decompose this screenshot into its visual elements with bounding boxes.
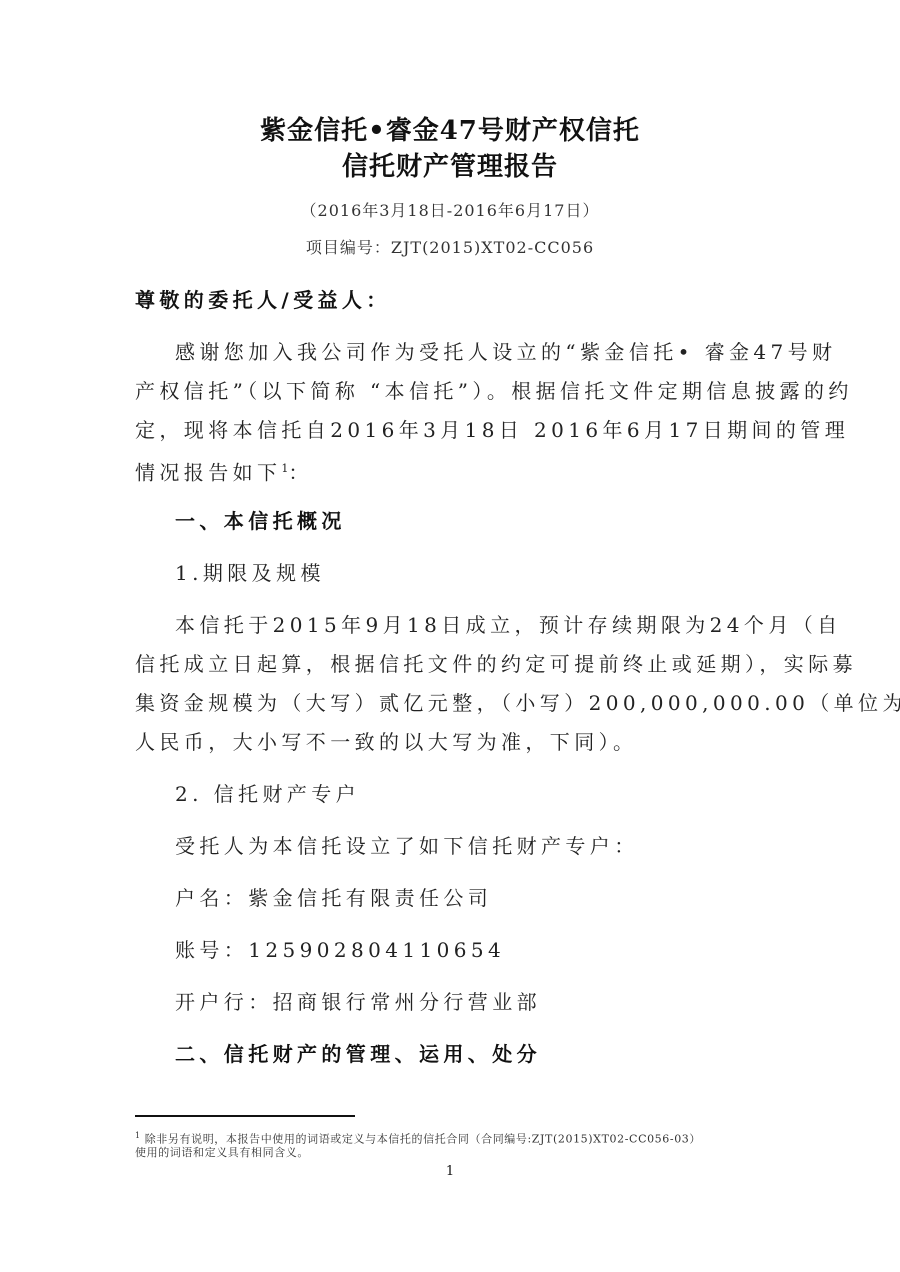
term-line-1: 本信托于2015年9月18日成立，预计存续期限为24个月（自 <box>175 612 765 638</box>
report-period: （2016年3月18日-2016年6月17日） <box>0 198 900 221</box>
term-line-3: 集资金规模为（大写）贰亿元整，（小写）200,000,000.00（单位为 <box>135 690 765 716</box>
intro-line-1: 感谢您加入我公司作为受托人设立的“紫金信托• 睿金47号财 <box>175 339 765 365</box>
account-name-value: 紫金信托有限责任公司 <box>248 886 492 910</box>
intro-line-2: 产权信托”（以下简称 “本信托”）。根据信托文件定期信息披露的约 <box>135 378 765 404</box>
account-number-row: 账号：125902804110654 <box>175 937 765 963</box>
footnote-mark: 1 <box>135 1131 141 1140</box>
term-line-2: 信托成立日起算，根据信托文件的约定可提前终止或延期），实际募 <box>135 651 765 677</box>
account-name-row: 户名：紫金信托有限责任公司 <box>175 885 765 911</box>
intro-line-4-text: 情况报告如下 <box>135 461 281 485</box>
account-intro: 受托人为本信托设立了如下信托财产专户： <box>175 833 765 859</box>
term-line-4: 人民币，大小写不一致的以大写为准，下同）。 <box>135 729 765 755</box>
footnote-line-2: 使用的词语和定义具有相同含义。 <box>135 1145 775 1161</box>
footnote-text-1: 除非另有说明，本报告中使用的词语或定义与本信托的信托合同（合同编号:ZJT(20… <box>145 1133 701 1146</box>
intro-line-3: 定，现将本信托自2016年3月18日 2016年6月17日期间的管理 <box>135 417 765 443</box>
bank-value: 招商银行常州分行营业部 <box>273 990 541 1014</box>
document-title-line2: 信托财产管理报告 <box>0 146 900 183</box>
project-code: 项目编号：ZJT(2015)XT02-CC056 <box>0 235 900 258</box>
section-1-2-heading: 2. 信托财产专户 <box>175 781 765 807</box>
intro-line-4-tail: ： <box>288 461 312 485</box>
document-page: 紫金信托•睿金47号财产权信托 信托财产管理报告 （2016年3月18日-201… <box>0 0 900 1272</box>
bank-row: 开户行：招商银行常州分行营业部 <box>175 989 765 1015</box>
document-title-line1: 紫金信托•睿金47号财产权信托 <box>0 110 900 147</box>
salutation: 尊敬的委托人/受益人： <box>135 287 765 313</box>
account-name-label: 户名： <box>175 886 248 910</box>
bank-label: 开户行： <box>175 990 273 1014</box>
account-number-label: 账号： <box>175 938 248 962</box>
footnote-separator <box>135 1115 355 1117</box>
section-1-1-heading: 1.期限及规模 <box>175 560 765 586</box>
section-1-heading: 一、本信托概况 <box>175 508 765 534</box>
account-number-value: 125902804110654 <box>248 938 505 962</box>
section-2-heading: 二、信托财产的管理、运用、处分 <box>175 1041 765 1067</box>
intro-line-4: 情况报告如下1： <box>135 456 765 486</box>
page-number: 1 <box>0 1164 900 1179</box>
